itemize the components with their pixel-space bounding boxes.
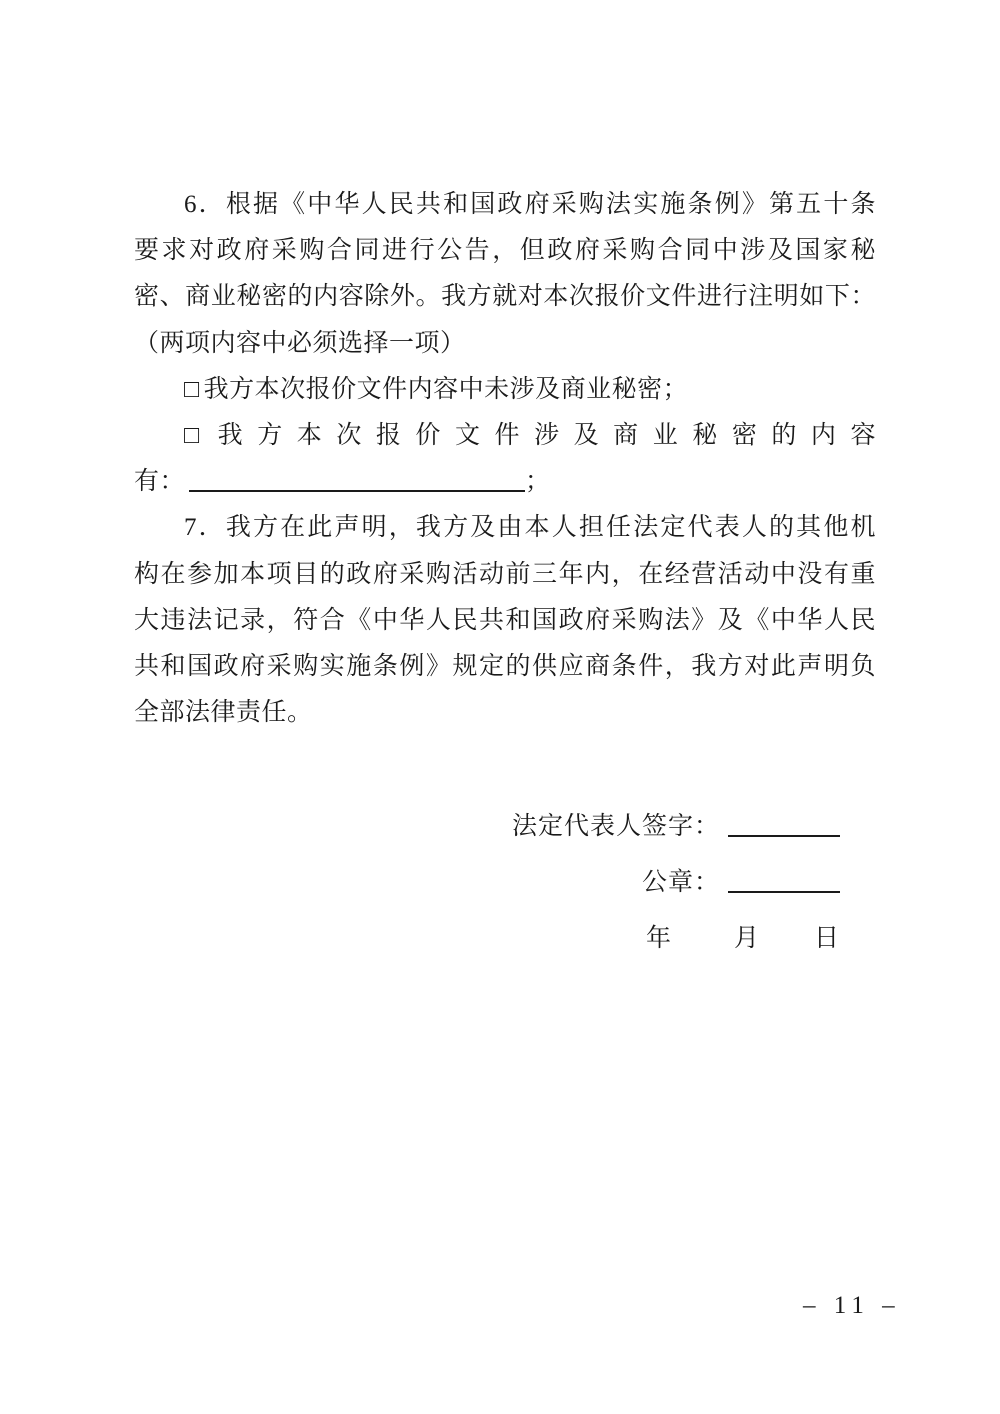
option-no-business-secret: □我方本次报价文件内容中未涉及商业秘密； [134, 367, 876, 413]
document-page: 6．根据《中华人民共和国政府采购法实施条例》第五十条 要求对政府采购合同进行公告… [0, 0, 1000, 1414]
signature-block: 法定代表人签字： 公章： 年月日 [512, 799, 840, 967]
secret-content-prefix: 有： [134, 468, 185, 495]
clause-6-line-4: （两项内容中必须选择一项） [134, 321, 876, 367]
official-seal-line: 公章： [512, 855, 840, 911]
option-has-business-secret-label: 我方本次报价文件涉及商业秘密的内容 [204, 422, 876, 449]
clause-6-line-3: 密、商业秘密的内容除外。我方就对本次报价文件进行注明如下： [134, 274, 876, 320]
secret-content-suffix: ； [525, 468, 551, 495]
legal-rep-signature-blank[interactable] [728, 810, 840, 837]
option-has-business-secret: □我方本次报价文件涉及商业秘密的内容 [134, 413, 876, 459]
date-month-label: 月 [734, 925, 760, 952]
secret-content-line: 有：； [134, 459, 876, 505]
page-number: – 11 – [803, 1292, 901, 1320]
clause-7-line-2: 构在参加本项目的政府采购活动前三年内，在经营活动中没有重 [134, 552, 876, 598]
option-no-business-secret-label: 我方本次报价文件内容中未涉及商业秘密； [204, 376, 689, 403]
date-line: 年月日 [512, 911, 840, 967]
date-day-label: 日 [814, 925, 840, 952]
official-seal-label: 公章： [642, 869, 720, 896]
clause-7-line-4: 共和国政府采购实施条例》规定的供应商条件，我方对此声明负 [134, 644, 876, 690]
clause-6-line-2: 要求对政府采购合同进行公告，但政府采购合同中涉及国家秘 [134, 228, 876, 274]
secret-content-blank[interactable] [189, 465, 525, 492]
date-year-label: 年 [646, 925, 672, 952]
checkbox-icon[interactable]: □ [184, 367, 200, 413]
legal-rep-signature-line: 法定代表人签字： [512, 799, 840, 855]
checkbox-icon[interactable]: □ [184, 413, 200, 459]
clause-7-line-5: 全部法律责任。 [134, 690, 876, 736]
official-seal-blank[interactable] [728, 866, 840, 893]
clause-6-line-1: 6．根据《中华人民共和国政府采购法实施条例》第五十条 [134, 182, 876, 228]
clause-7-line-1: 7．我方在此声明，我方及由本人担任法定代表人的其他机 [134, 505, 876, 551]
document-body: 6．根据《中华人民共和国政府采购法实施条例》第五十条 要求对政府采购合同进行公告… [134, 182, 876, 736]
legal-rep-signature-label: 法定代表人签字： [512, 813, 720, 840]
clause-7-line-3: 大违法记录，符合《中华人民共和国政府采购法》及《中华人民 [134, 598, 876, 644]
